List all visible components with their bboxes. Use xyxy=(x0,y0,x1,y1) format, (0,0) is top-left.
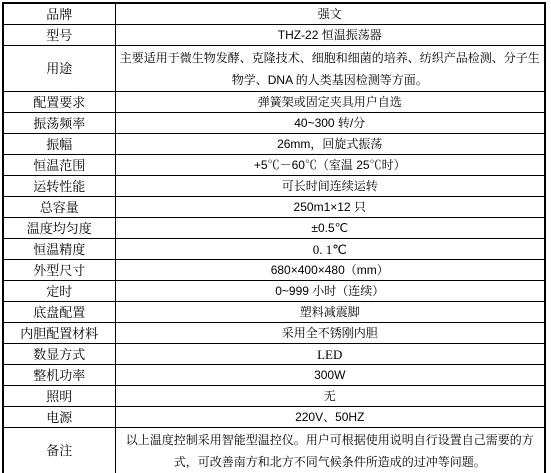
table-row: 数显方式 LED xyxy=(3,344,545,365)
spec-label: 总容量 xyxy=(3,197,115,218)
table-row: 用途 主要适用于微生物发酵、克隆技术、细胞和细菌的培养、纺织产品检测、分子生物学… xyxy=(3,46,545,92)
table-row: 定时 0~999 小时（连续） xyxy=(3,281,545,302)
spec-value: ±0.5℃ xyxy=(115,218,545,239)
table-row: 内胆配置材料 采用全不锈刚内胆 xyxy=(3,323,545,344)
table-row: 照明 无 xyxy=(3,386,545,407)
spec-label: 型号 xyxy=(3,25,115,46)
spec-value: 以上温度控制采用智能型温控仪。用户可根据使用说明自行设置自己需要的方式，可改善南… xyxy=(115,428,545,473)
spec-label: 运转性能 xyxy=(3,176,115,197)
spec-label: 恒温范围 xyxy=(3,155,115,176)
table-row: 备注 以上温度控制采用智能型温控仪。用户可根据使用说明自行设置自己需要的方式，可… xyxy=(3,428,545,473)
spec-value: 塑料减震脚 xyxy=(115,302,545,323)
table-row: 电源 220V、50HZ xyxy=(3,407,545,428)
spec-value: 主要适用于微生物发酵、克隆技术、细胞和细菌的培养、纺织产品检测、分子生物学、DN… xyxy=(115,46,545,92)
table-row: 品牌 强文 xyxy=(3,3,545,25)
spec-table-body: 品牌 强文 型号 THZ-22 恒温振荡器 用途 主要适用于微生物发酵、克隆技术… xyxy=(3,3,545,473)
table-row: 配置要求 弹簧架或固定夹具用户自选 xyxy=(3,92,545,113)
spec-label: 振幅 xyxy=(3,134,115,155)
spec-label: 定时 xyxy=(3,281,115,302)
table-row: 外型尺寸 680×400×480（mm） xyxy=(3,260,545,281)
spec-value: 0. 1℃ xyxy=(115,239,545,260)
spec-value: 250m1×12 只 xyxy=(115,197,545,218)
spec-value: 0~999 小时（连续） xyxy=(115,281,545,302)
spec-label: 备注 xyxy=(3,428,115,473)
table-row: 恒温精度 0. 1℃ xyxy=(3,239,545,260)
table-row: 底盘配置 塑料减震脚 xyxy=(3,302,545,323)
table-row: 温度均匀度 ±0.5℃ xyxy=(3,218,545,239)
spec-value: 弹簧架或固定夹具用户自选 xyxy=(115,92,545,113)
spec-label: 外型尺寸 xyxy=(3,260,115,281)
spec-value: 680×400×480（mm） xyxy=(115,260,545,281)
spec-value: 300W xyxy=(115,365,545,386)
spec-label: 振荡频率 xyxy=(3,113,115,134)
spec-value: LED xyxy=(115,344,545,365)
spec-label: 用途 xyxy=(3,46,115,92)
table-row: 运转性能 可长时间连续运转 xyxy=(3,176,545,197)
spec-label: 照明 xyxy=(3,386,115,407)
spec-label: 温度均匀度 xyxy=(3,218,115,239)
spec-value: 26mm，回旋式振荡 xyxy=(115,134,545,155)
spec-label: 底盘配置 xyxy=(3,302,115,323)
table-row: 振幅 26mm，回旋式振荡 xyxy=(3,134,545,155)
spec-label: 电源 xyxy=(3,407,115,428)
table-row: 振荡频率 40~300 转/分 xyxy=(3,113,545,134)
spec-label: 内胆配置材料 xyxy=(3,323,115,344)
spec-value: THZ-22 恒温振荡器 xyxy=(115,25,545,46)
spec-value: 强文 xyxy=(115,3,545,25)
spec-value: 220V、50HZ xyxy=(115,407,545,428)
spec-value: 可长时间连续运转 xyxy=(115,176,545,197)
spec-label: 品牌 xyxy=(3,3,115,25)
spec-value: +5℃－60℃（室温 25℃时） xyxy=(115,155,545,176)
product-specification-table: 品牌 强文 型号 THZ-22 恒温振荡器 用途 主要适用于微生物发酵、克隆技术… xyxy=(2,2,546,473)
table-row: 总容量 250m1×12 只 xyxy=(3,197,545,218)
table-row: 型号 THZ-22 恒温振荡器 xyxy=(3,25,545,46)
spec-label: 数显方式 xyxy=(3,344,115,365)
table-row: 恒温范围 +5℃－60℃（室温 25℃时） xyxy=(3,155,545,176)
spec-value: 采用全不锈刚内胆 xyxy=(115,323,545,344)
spec-value: 40~300 转/分 xyxy=(115,113,545,134)
spec-label: 整机功率 xyxy=(3,365,115,386)
table-row: 整机功率 300W xyxy=(3,365,545,386)
spec-label: 配置要求 xyxy=(3,92,115,113)
spec-label: 恒温精度 xyxy=(3,239,115,260)
spec-value: 无 xyxy=(115,386,545,407)
